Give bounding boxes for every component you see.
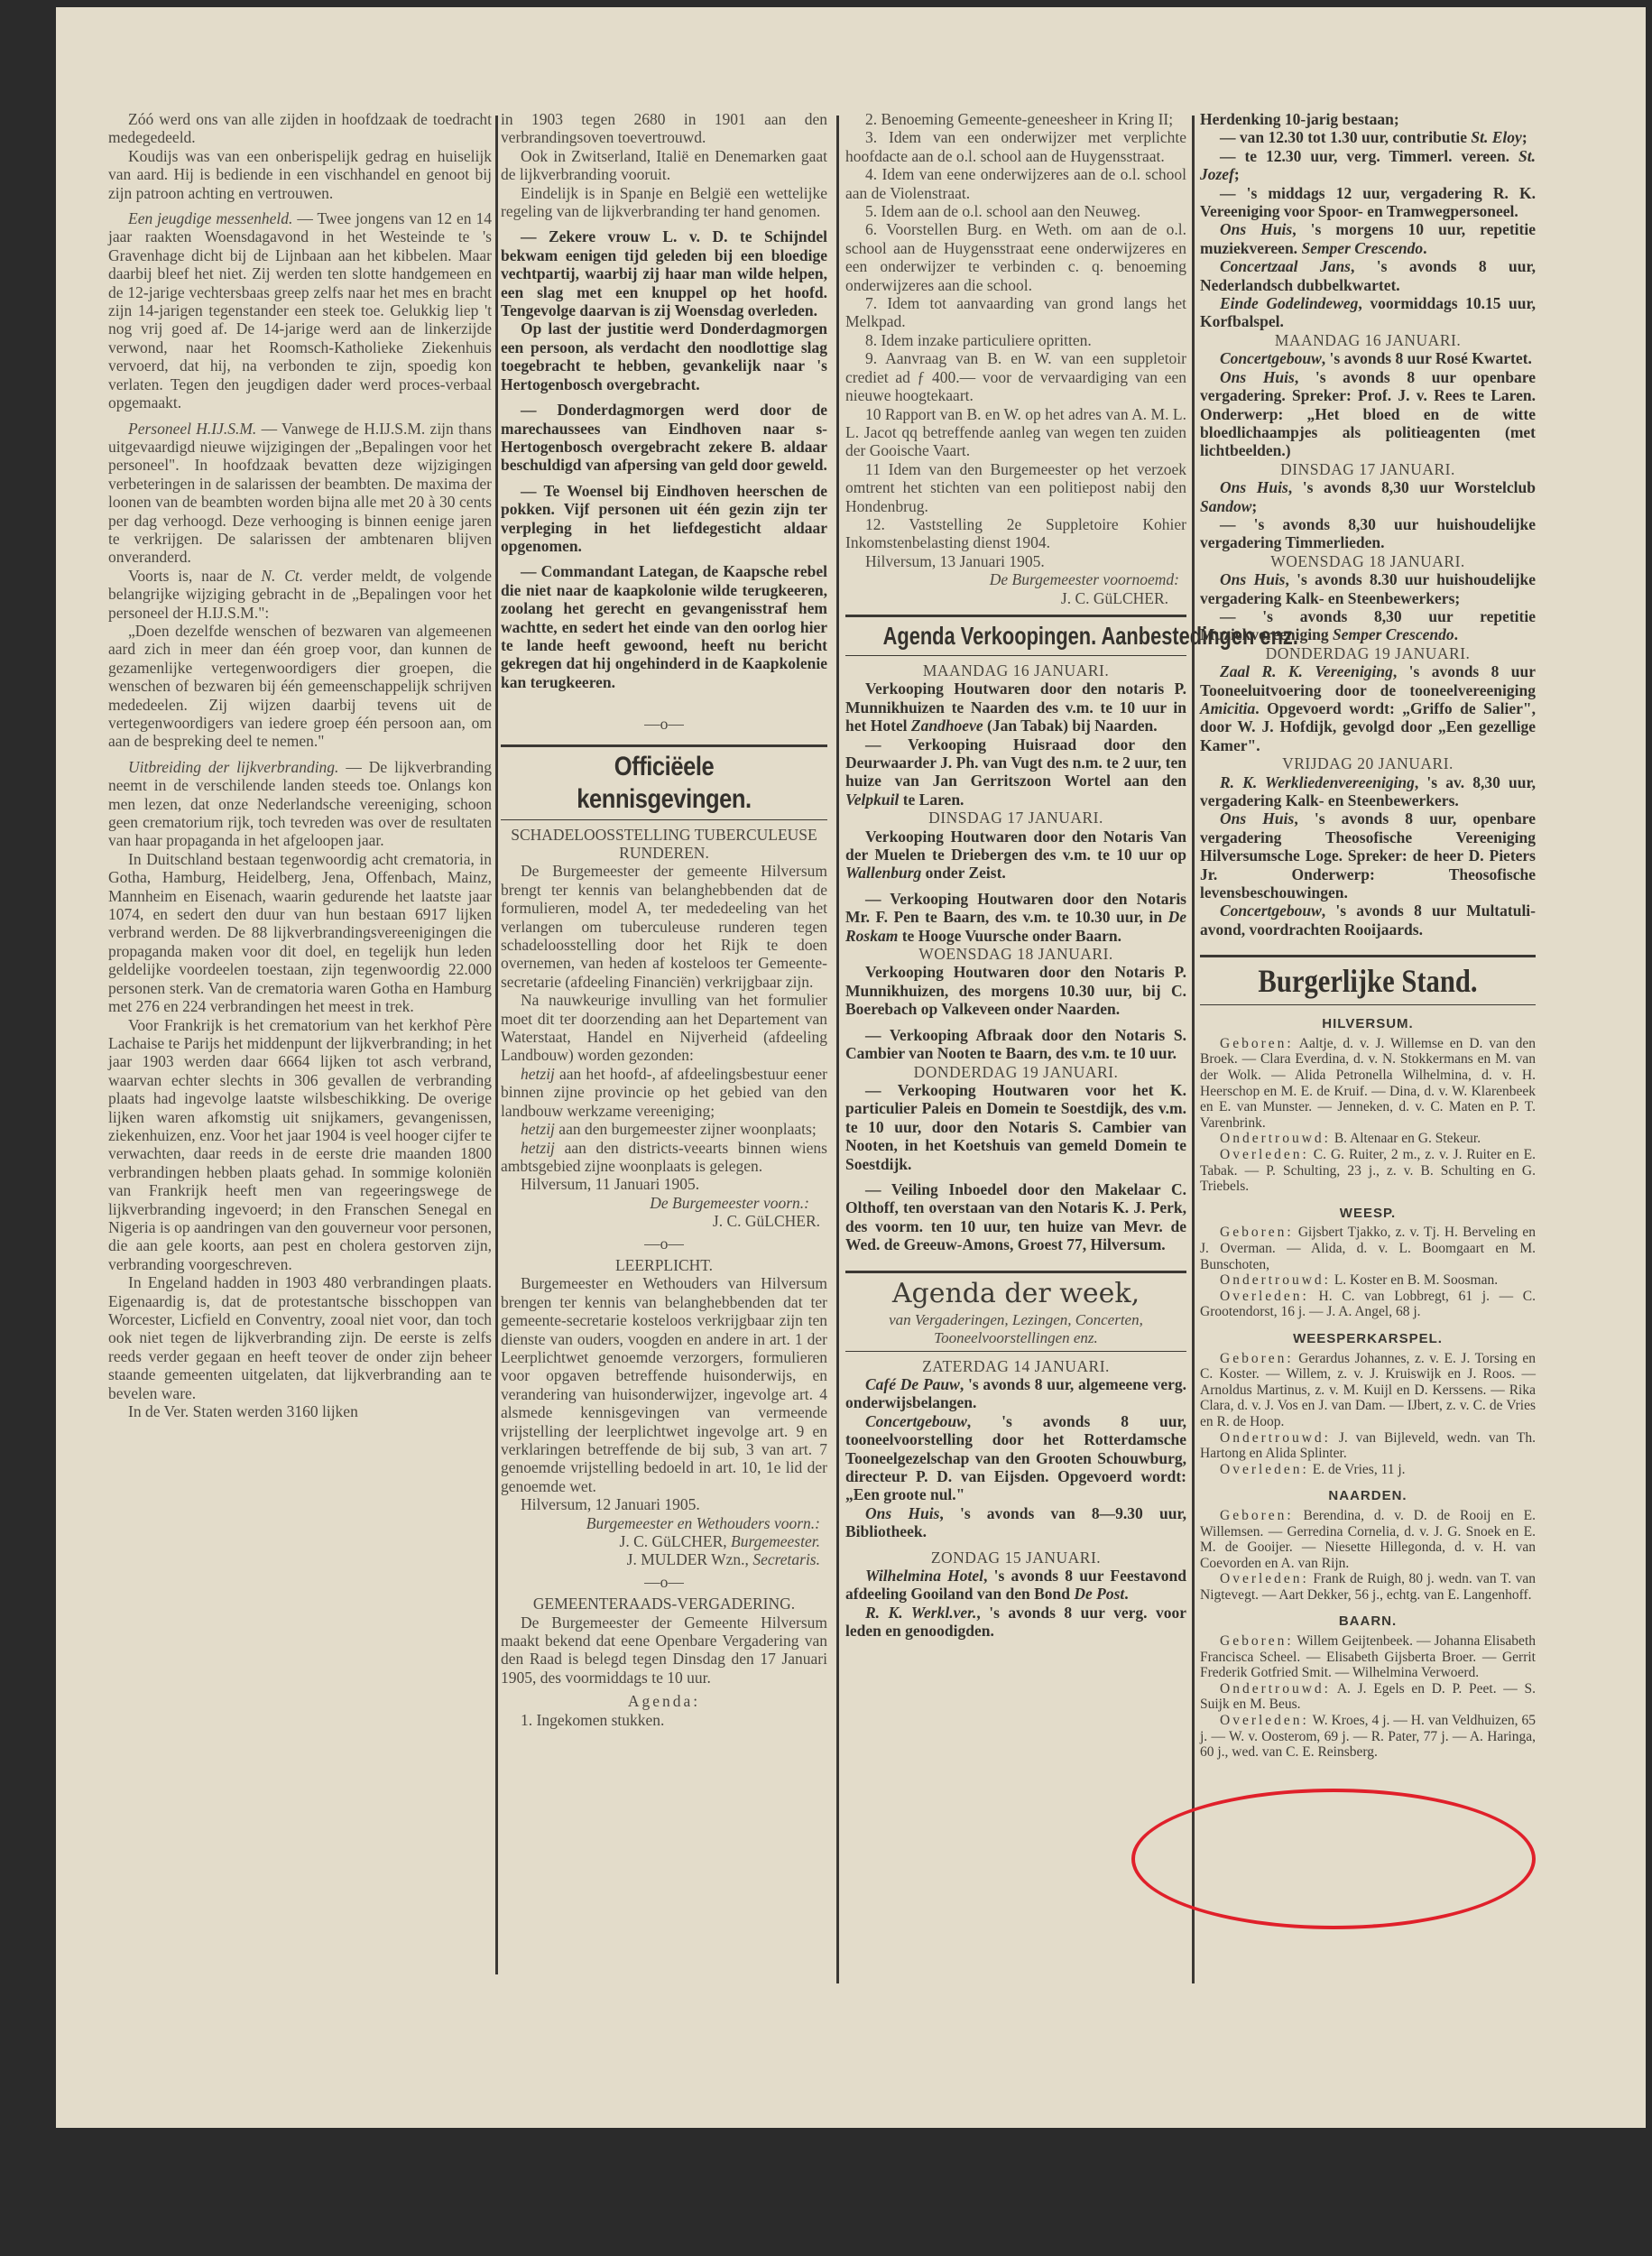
listing: — te 12.30 uur, verg. Timmerl. vereen. S… <box>1200 147 1536 184</box>
news-item: Op last der justitie werd Donderdagmorge… <box>501 319 827 393</box>
listing: Concertgebouw, 's avonds 8 uur Multatuli… <box>1200 901 1536 938</box>
column-1: Zóó werd ons van alle zijden in hoofdzaa… <box>108 110 492 1420</box>
registry-deaths: Overleden: C. G. Ruiter, 2 m., z. v. J. … <box>1200 1147 1536 1195</box>
registry-engaged: Ondertrouwd: B. Altenaar en G. Stekeur. <box>1200 1131 1536 1147</box>
agenda-item: 9. Aanvraag van B. en W. van een supplet… <box>845 349 1186 404</box>
listing: Concertgebouw, 's avonds 8 uur, tooneelv… <box>845 1412 1186 1504</box>
section-title: Agenda Verkoopingen. Aanbestedingen enz. <box>883 621 1149 652</box>
paragraph: Na nauwkeurige invulling van het formuli… <box>501 991 827 1065</box>
town-heading: WEESP. <box>1200 1206 1536 1222</box>
listing: Café De Pauw, 's avonds 8 uur, algemeene… <box>845 1375 1186 1412</box>
agenda-item: 10 Rapport van B. en W. op het adres van… <box>845 405 1186 460</box>
listing: Concertgebouw, 's avonds 8 uur Rosé Kwar… <box>1200 349 1536 367</box>
column-rule <box>836 116 839 1983</box>
separator: —o— <box>501 1234 827 1253</box>
registry-engaged: Ondertrouwd: L. Koster en B. M. Soosman. <box>1200 1272 1536 1289</box>
paragraph: De Burgemeester der gemeente Hilversum b… <box>501 862 827 991</box>
listing: — Veiling Inboedel door den Makelaar C. … <box>845 1180 1186 1254</box>
agenda-item: 8. Idem inzake particuliere opritten. <box>845 331 1186 349</box>
day-heading: ZONDAG 15 JANUARI. <box>845 1549 1186 1567</box>
agenda-item: 7. Idem tot aanvaarding van grond langs … <box>845 294 1186 331</box>
registry-births: Geboren: Gijsbert Tjakko, z. v. Tj. H. B… <box>1200 1225 1536 1272</box>
column-2: in 1903 tegen 2680 in 1901 aan den verbr… <box>501 110 827 1729</box>
registry-deaths: Overleden: H. C. van Lobbregt, 61 j. — C… <box>1200 1289 1536 1320</box>
signature-name: J. MULDER Wzn., Secretaris. <box>501 1550 827 1568</box>
town-heading: HILVERSUM. <box>1200 1016 1536 1032</box>
paragraph: In Duitschland bestaan tegenwoordig acht… <box>108 850 492 1016</box>
listing: Ons Huis, 's avonds 8,30 uur Worstelclub… <box>1200 478 1536 515</box>
listing: Wilhelmina Hotel, 's avonds 8 uur Feesta… <box>845 1567 1186 1604</box>
news-item: — Zekere vrouw L. v. D. te Schijndel bek… <box>501 227 827 319</box>
listing: — Verkooping Huisraad door den Deurwaard… <box>845 735 1186 809</box>
agenda-item: 11 Idem van den Burgemeester op het verz… <box>845 460 1186 515</box>
listing: — Verkooping Houtwaren door den Notaris … <box>845 890 1186 945</box>
date: Hilversum, 11 Januari 1905. <box>501 1175 827 1193</box>
separator: —o— <box>501 715 827 733</box>
listing: Verkooping Houtwaren door den Notaris P.… <box>845 963 1186 1018</box>
date: Hilversum, 12 Januari 1905. <box>501 1495 827 1513</box>
agenda-item: 12. Vaststelling 2e Suppletoire Kohier I… <box>845 515 1186 552</box>
listing: — 's avonds 8,30 uur huishoudelijke verg… <box>1200 515 1536 552</box>
separator: —o— <box>501 1573 827 1591</box>
news-item: — Donderdagmorgen werd door de marechaus… <box>501 401 827 475</box>
section-title: Agenda der week, <box>845 1277 1186 1311</box>
listing: Verkooping Houtwaren door den notaris P.… <box>845 680 1186 735</box>
paragraph: In Engeland hadden in 1903 480 verbrandi… <box>108 1273 492 1402</box>
article-title: Een jeugdige messenheld. <box>128 209 292 227</box>
signature-name: J. C. GüLCHER, Burgemeester. <box>501 1532 827 1550</box>
day-heading: WOENSDAG 18 JANUARI. <box>845 945 1186 963</box>
listing: Verkooping Houtwaren door den Notaris Va… <box>845 828 1186 883</box>
section-subtitle: van Vergaderingen, Lezingen, Concerten, … <box>845 1311 1186 1347</box>
article-title: Uitbreiding der lijkverbranding. <box>128 758 338 776</box>
column-4: Herdenking 10-jarig bestaan; — van 12.30… <box>1200 110 1536 1761</box>
divider <box>845 655 1186 656</box>
day-heading: MAANDAG 16 JANUARI. <box>845 661 1186 680</box>
paragraph: hetzij aan het hoofd-, af afdeelingsbest… <box>501 1065 827 1120</box>
day-heading: DONDERDAG 19 JANUARI. <box>1200 644 1536 662</box>
paragraph: Burgemeester en Wethouders van Hilversum… <box>501 1274 827 1495</box>
paragraph: Voorts is, naar de N. Ct. verder meldt, … <box>108 567 492 622</box>
news-item: — Commandant Lategan, de Kaapsche rebel … <box>501 562 827 691</box>
paragraph: De Burgemeester der Gemeente Hilversum m… <box>501 1613 827 1687</box>
listing: Herdenking 10-jarig bestaan; <box>1200 110 1536 128</box>
notice-heading: GEMEENTERAADS-VERGADERING. <box>501 1595 827 1613</box>
paragraph: Eindelijk is in Spanje en België een wet… <box>501 184 827 221</box>
section-title: Burgerlijke Stand. <box>1225 961 1510 1001</box>
listing: — van 12.30 tot 1.30 uur, contributie St… <box>1200 128 1536 146</box>
listing: — 's middags 12 uur, vergadering R. K. V… <box>1200 184 1536 221</box>
paragraph: hetzij aan den burgemeester zijner woonp… <box>501 1120 827 1138</box>
signature-title: De Burgemeester voornoemd: <box>845 570 1186 588</box>
listing: Einde Godelindeweg, voormiddags 10.15 uu… <box>1200 294 1536 331</box>
listing: — 's avonds 8,30 uur repetitie Muziekver… <box>1200 607 1536 644</box>
registry-engaged: Ondertrouwd: A. J. Egels en D. P. Peet. … <box>1200 1681 1536 1713</box>
column-rule <box>1192 116 1195 1983</box>
day-heading: DINSDAG 17 JANUARI. <box>845 809 1186 827</box>
signature-title: De Burgemeester voorn.: <box>501 1194 827 1212</box>
article-hijsm: Personeel H.IJ.S.M. — Vanwege de H.IJ.S.… <box>108 420 492 567</box>
divider <box>845 1271 1186 1273</box>
signature-title: Burgemeester en Wethouders voorn.: <box>501 1514 827 1532</box>
civil-registry: HILVERSUM. Geboren: Aaltje, d. v. J. Wil… <box>1200 1016 1536 1761</box>
news-item: — Te Woensel bij Eindhoven heerschen de … <box>501 482 827 556</box>
listing: Ons Huis, 's avonds 8 uur openbare verga… <box>1200 368 1536 460</box>
paragraph: Voor Frankrijk is het crematorium van he… <box>108 1016 492 1274</box>
notice-heading: SCHADELOOSSTELLING TUBERCULEUSE RUNDEREN… <box>501 826 827 863</box>
column-3: 2. Benoeming Gemeente-geneesheer in Krin… <box>845 110 1186 1641</box>
section-title: Officiëele kennisgevingen. <box>525 751 803 816</box>
article-lijkverbranding: Uitbreiding der lijkverbranding. — De li… <box>108 758 492 850</box>
day-heading: DINSDAG 17 JANUARI. <box>1200 460 1536 478</box>
signature-name: J. C. GüLCHER. <box>845 589 1186 607</box>
listing: Ons Huis, 's avonds 8 uur, openbare verg… <box>1200 809 1536 901</box>
day-heading: DONDERDAG 19 JANUARI. <box>845 1063 1186 1081</box>
notice-heading: LEERPLICHT. <box>501 1256 827 1274</box>
listing: Ons Huis, 's avonds 8.30 uur huishoudeli… <box>1200 570 1536 607</box>
agenda-item: 2. Benoeming Gemeente-geneesheer in Krin… <box>845 110 1186 128</box>
agenda-item: 6. Voorstellen Burg. en Weth. om aan de … <box>845 220 1186 294</box>
registry-deaths: Overleden: W. Kroes, 4 j. — H. van Veldh… <box>1200 1713 1536 1761</box>
listing: R. K. Werkliedenvereeniging, 's av. 8,30… <box>1200 773 1536 810</box>
registry-deaths: Overleden: E. de Vries, 11 j. <box>1200 1462 1536 1478</box>
day-heading: WOENSDAG 18 JANUARI. <box>1200 552 1536 570</box>
divider <box>1200 955 1536 957</box>
agenda-item: 3. Idem van een onderwijzer met verplich… <box>845 128 1186 165</box>
listing: — Verkooping Houtwaren voor het K. parti… <box>845 1081 1186 1173</box>
signature-name: J. C. GüLCHER. <box>501 1212 827 1230</box>
divider <box>845 1351 1186 1352</box>
registry-births: Geboren: Willem Geijtenbeek. — Johanna E… <box>1200 1633 1536 1681</box>
paragraph: In de Ver. Staten werden 3160 lijken <box>108 1402 492 1420</box>
paragraph: hetzij aan den districts-veearts binnen … <box>501 1139 827 1176</box>
agenda-item: 5. Idem aan de o.l. school aan den Neuwe… <box>845 202 1186 220</box>
town-heading: BAARN. <box>1200 1613 1536 1630</box>
registry-births: Geboren: Aaltje, d. v. J. Willemse en D.… <box>1200 1036 1536 1132</box>
agenda-item: 4. Idem van eene onderwijzeres aan de o.… <box>845 165 1186 202</box>
day-heading: MAANDAG 16 JANUARI. <box>1200 331 1536 349</box>
agenda-label: Agenda: <box>501 1692 827 1710</box>
listing: Ons Huis, 's morgens 10 uur, repetitie m… <box>1200 220 1536 257</box>
article-title: Personeel H.IJ.S.M. <box>128 420 256 438</box>
listing: Zaal R. K. Vereeniging, 's avonds 8 uur … <box>1200 662 1536 754</box>
registry-deaths: Overleden: Frank de Ruigh, 80 j. wedn. v… <box>1200 1571 1536 1603</box>
town-heading: WEESPERKARSPEL. <box>1200 1331 1536 1347</box>
listing: R. K. Werkl.ver., 's avonds 8 uur verg. … <box>845 1604 1186 1641</box>
paragraph: Ook in Zwitserland, Italië en Denemarken… <box>501 147 827 184</box>
listing: Concertzaal Jans, 's avonds 8 uur, Neder… <box>1200 257 1536 294</box>
divider <box>501 819 827 820</box>
registry-engaged: Ondertrouwd: J. van Bijleveld, wedn. van… <box>1200 1430 1536 1462</box>
registry-births: Geboren: Gerardus Johannes, z. v. E. J. … <box>1200 1351 1536 1430</box>
town-heading: NAARDEN. <box>1200 1488 1536 1504</box>
listing: — Verkooping Afbraak door den Notaris S.… <box>845 1026 1186 1063</box>
listing: Ons Huis, 's avonds van 8—9.30 uur, Bibl… <box>845 1504 1186 1541</box>
day-heading: VRIJDAG 20 JANUARI. <box>1200 754 1536 772</box>
agenda-item: 1. Ingekomen stukken. <box>501 1711 827 1729</box>
agenda-list: 2. Benoeming Gemeente-geneesheer in Krin… <box>845 110 1186 552</box>
divider <box>845 615 1186 617</box>
registry-births: Geboren: Berendina, d. v. D. de Rooij en… <box>1200 1508 1536 1571</box>
paragraph: Zóó werd ons van alle zijden in hoofdzaa… <box>108 110 492 147</box>
paragraph: Koudijs was van een onberispelijk gedrag… <box>108 147 492 202</box>
date: Hilversum, 13 Januari 1905. <box>845 552 1186 570</box>
divider <box>501 744 827 747</box>
quote: „Doen dezelfde wenschen of bezwaren van … <box>108 622 492 751</box>
column-rule <box>495 116 498 1974</box>
divider <box>1200 1004 1536 1005</box>
day-heading: ZATERDAG 14 JANUARI. <box>845 1357 1186 1375</box>
article-messenheld: Een jeugdige messenheld. — Twee jongens … <box>108 209 492 411</box>
paragraph: in 1903 tegen 2680 in 1901 aan den verbr… <box>501 110 827 147</box>
